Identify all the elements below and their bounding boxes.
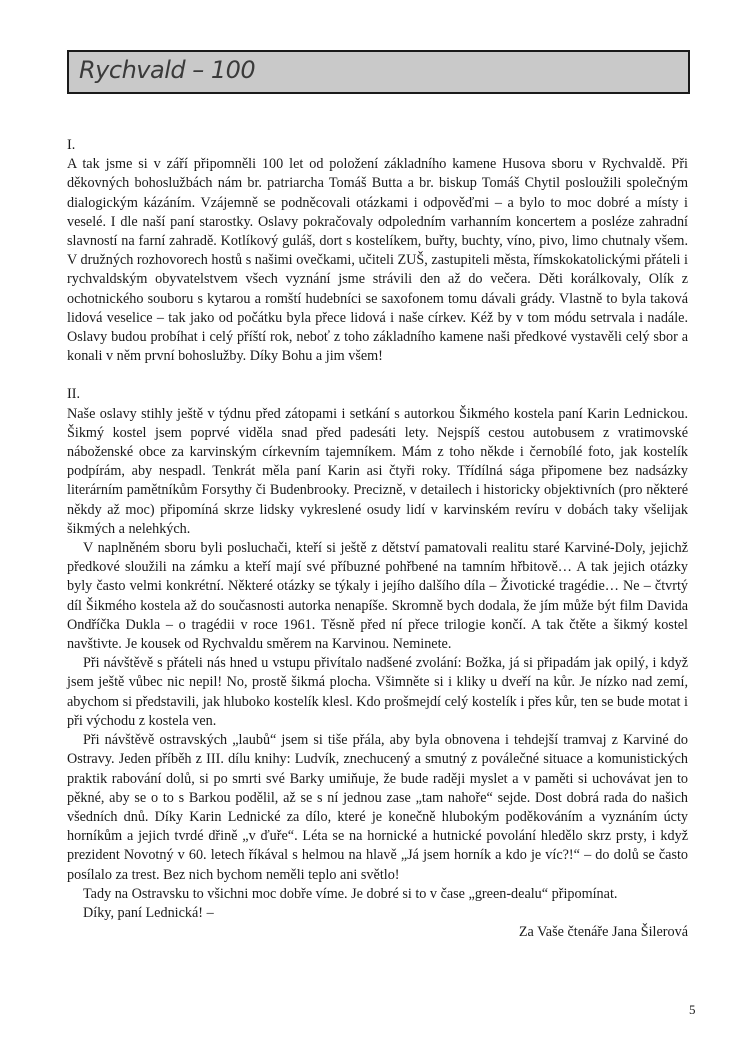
paragraph: Naše oslavy stihly ještě v týdnu před zá… [67, 405, 688, 539]
paragraph: Při návštěvě ostravských „laubů“ jsem si… [67, 731, 688, 885]
paragraph: Díky, paní Lednická! – [67, 904, 688, 923]
signature: Za Vaše čtenáře Jana Šilerová [67, 923, 688, 942]
paragraph: Při návštěvě s přáteli nás hned u vstupu… [67, 654, 688, 731]
paragraph: Tady na Ostravsku to všichni moc dobře v… [67, 885, 688, 904]
article-title: Rychvald – 100 [79, 56, 255, 84]
spacer [67, 366, 688, 385]
paragraph: A tak jsme si v září připomněli 100 let … [67, 155, 688, 366]
article-title-box: Rychvald – 100 [67, 50, 690, 94]
section-heading-1: I. [67, 136, 688, 155]
paragraph: V naplněném sboru byli posluchači, kteří… [67, 539, 688, 654]
section-heading-2: II. [67, 385, 688, 404]
page-number: 5 [689, 1002, 696, 1018]
article-body: I. A tak jsme si v září připomněli 100 l… [67, 136, 688, 942]
